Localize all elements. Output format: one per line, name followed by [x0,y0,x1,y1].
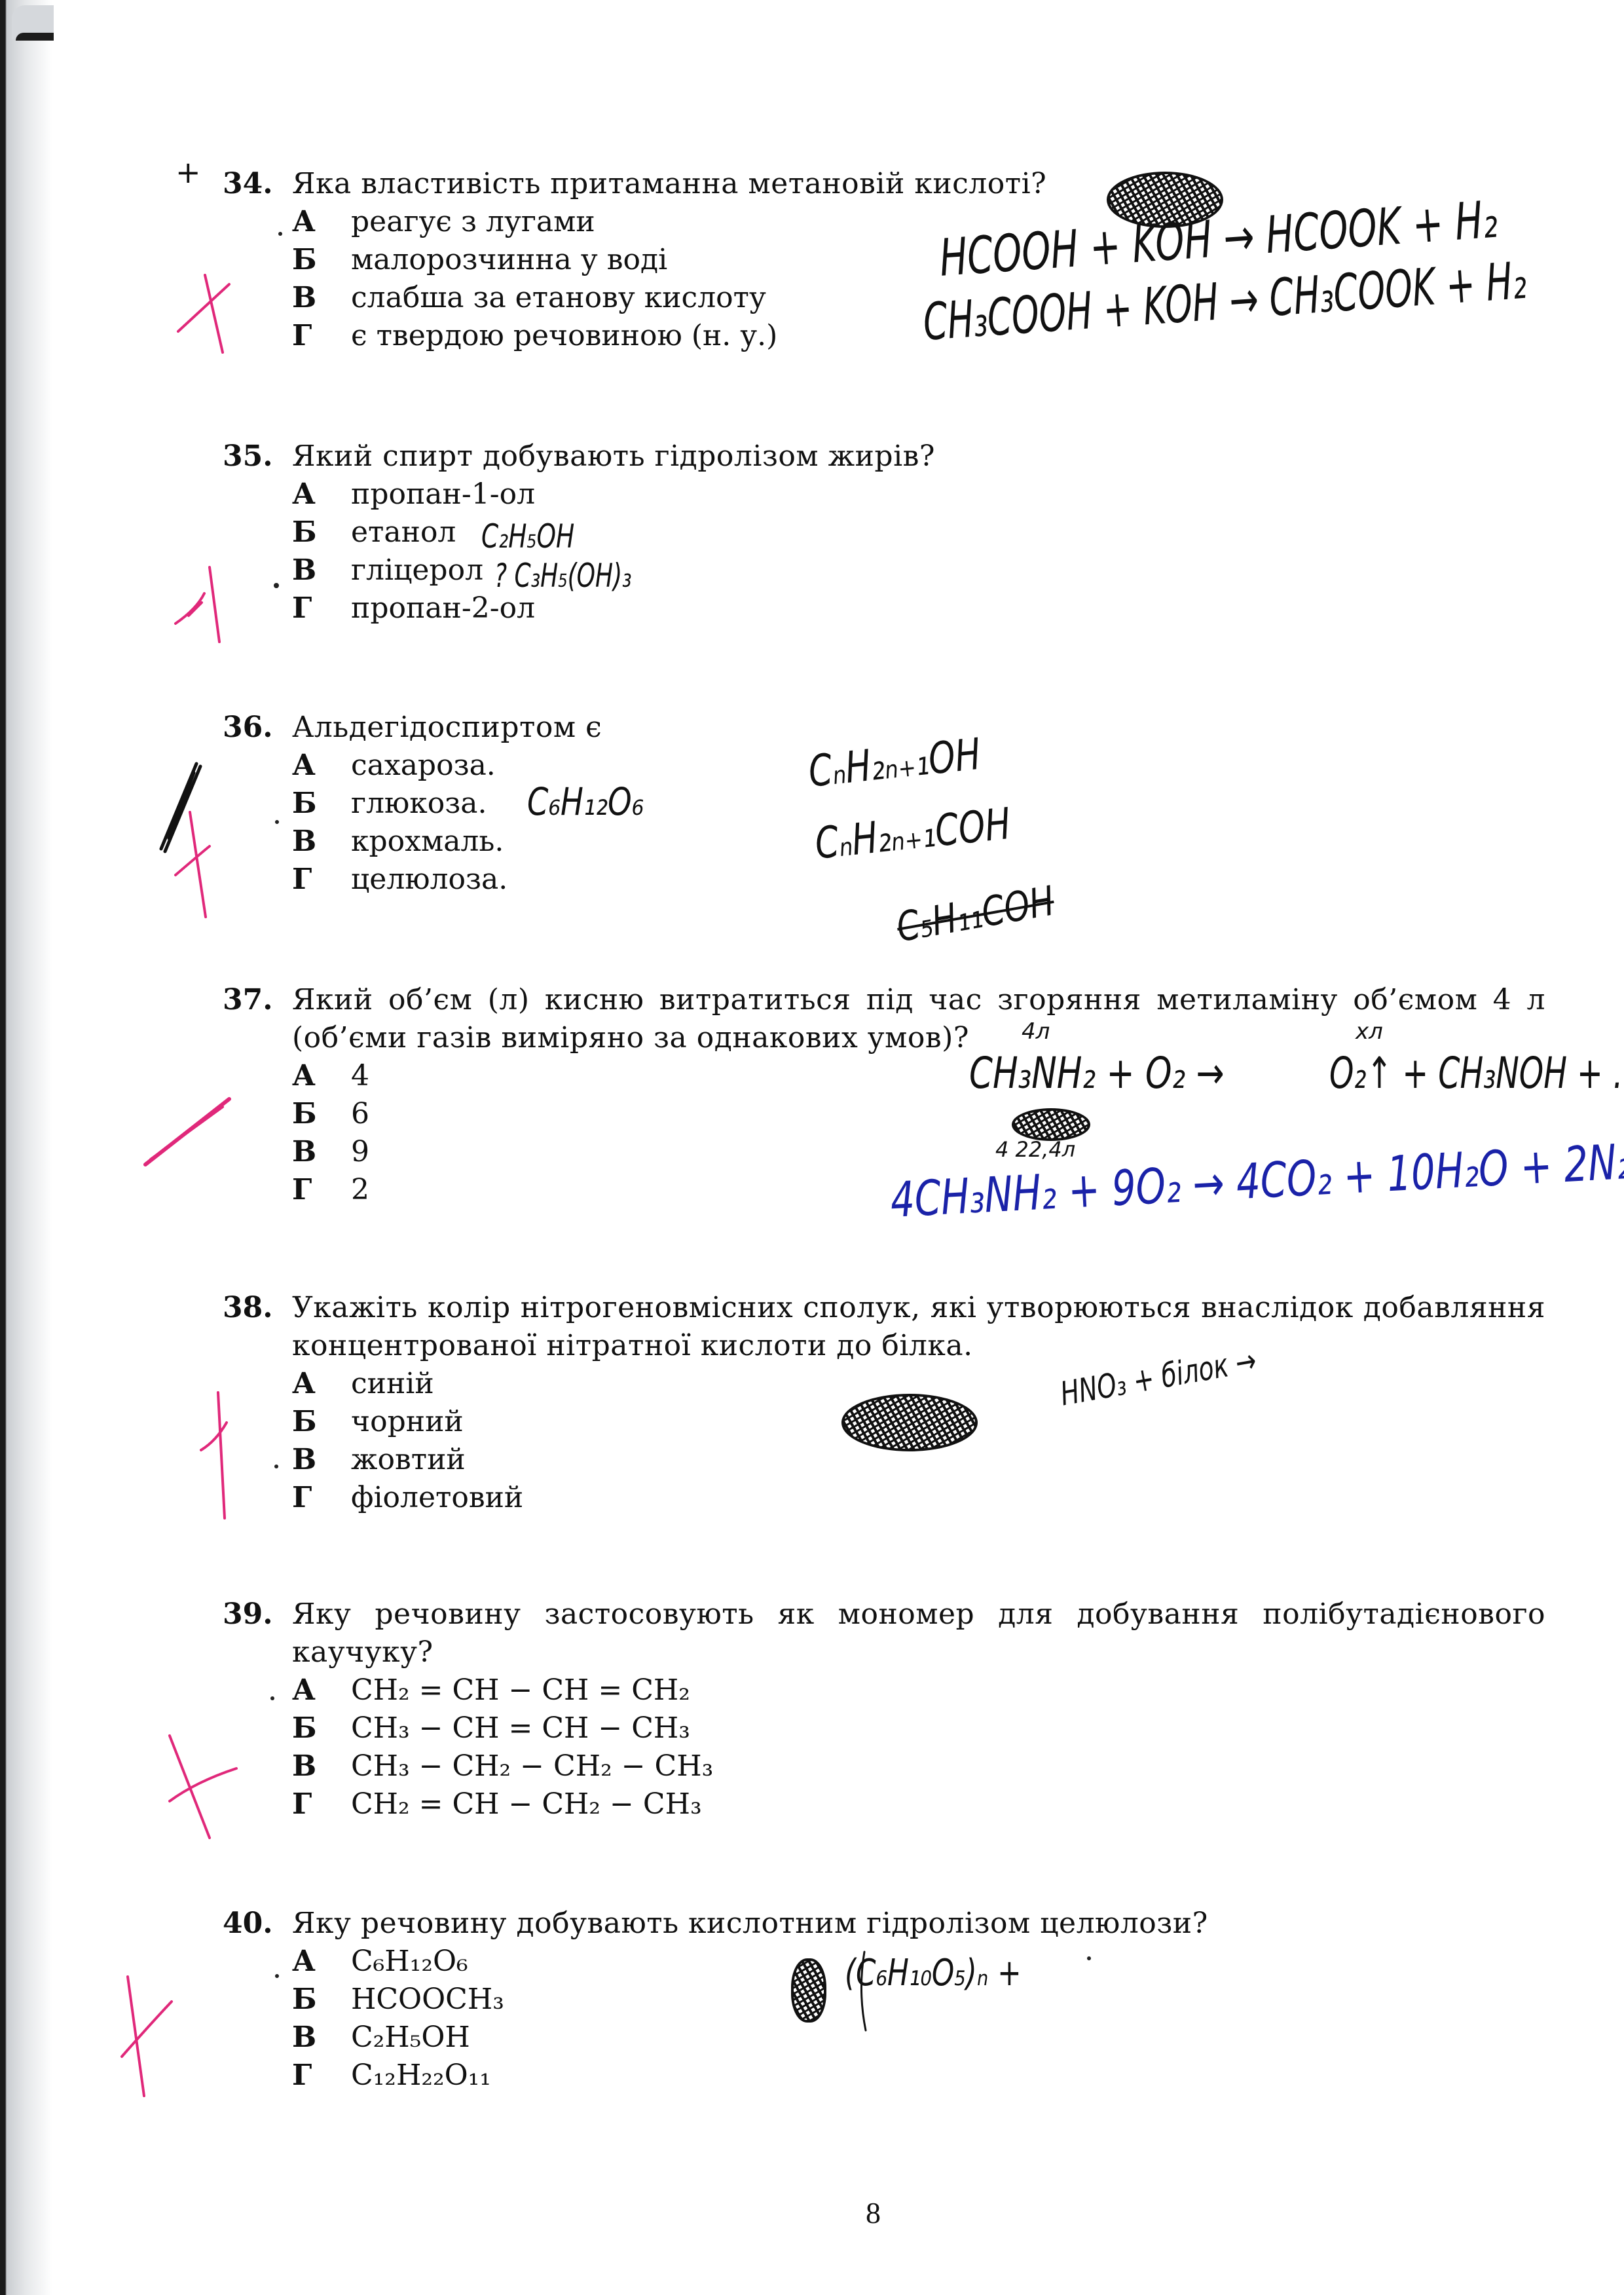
option-v[interactable]: ВCH₃ − CH₂ − CH₂ − CH₃ [292,1747,1545,1785]
question-number: 39. [223,1595,292,1633]
option-letter: Г [292,861,351,899]
option-letter: Г [292,589,351,627]
question-number: 37. [223,981,292,1019]
option-text: HCOOCH₃ [351,1981,504,2019]
option-text: чорний [351,1403,464,1441]
question-number: 34. [223,165,292,203]
black-slash-mark-q36 [161,764,200,851]
option-a[interactable]: Апропан-1-ол [292,476,1545,513]
red-cross-mark-q36 [175,812,210,917]
option-text: малорозчинна у воді [351,241,667,279]
option-text: C₂H₅OH [351,2019,470,2057]
scan-edge-tab [16,33,54,41]
option-letter: А [292,1057,351,1095]
option-a[interactable]: АCH₂ = CH − CH = CH₂ [292,1671,1545,1709]
margin-plus-mark: + [175,155,201,190]
option-text: CH₃ − CH₂ − CH₂ − CH₃ [351,1747,713,1785]
option-letter: Г [292,2057,351,2095]
question-number: 36. [223,709,292,747]
option-letter: Б [292,1403,351,1441]
question-34: 34. Яка властивість притаманна метановій… [223,165,1545,355]
option-letter: В [292,1441,351,1479]
question-36: 36. Альдегідоспиртом є Асахароза. Бглюко… [223,709,1545,899]
question-text: Укажіть колір нітрогеновмісних сполук, я… [292,1289,1545,1365]
option-letter: Г [292,1479,351,1517]
option-letter: А [292,203,351,241]
handwritten-annotation-molar-volume: 4 22,4л [995,1137,1075,1162]
option-g[interactable]: Гпропан-2-ол [292,589,1545,627]
option-b[interactable]: БCH₃ − CH = CH − CH₃ [292,1709,1545,1747]
option-text: 2 [351,1171,369,1209]
option-text: C₁₂H₂₂O₁₁ [351,2057,491,2095]
option-letter: Г [292,1171,351,1209]
question-35: 35. Який спирт добувають гідролізом жирі… [223,438,1545,627]
answer-options: Апропан-1-ол Бетанол Вгліцерол Гпропан-2… [292,476,1545,627]
option-letter: Б [292,1981,351,2019]
option-text: 4 [351,1057,369,1095]
option-v[interactable]: Вгліцерол [292,551,1545,589]
option-letter: А [292,747,351,785]
option-text: 9 [351,1133,369,1171]
option-text: жовтий [351,1441,466,1479]
handwritten-formula-glycerol: ? C₃H₅(OH)₃ [494,557,632,595]
question-number: 40. [223,1905,292,1943]
option-letter: В [292,1747,351,1785]
option-letter: А [292,1671,351,1709]
option-text: сахароза. [351,747,496,785]
option-letter: Б [292,241,351,279]
option-b[interactable]: Бетанол [292,513,1545,551]
question-text: Який спирт добувають гідролізом жирів? [292,438,1545,476]
option-letter: В [292,2019,351,2057]
handwritten-cellulose-formula: (C₆H₁₀O₅)ₙ + [845,1952,1022,1994]
scan-edge [0,0,54,2295]
red-cross-mark-q40 [122,1977,172,2096]
option-text: пропан-2-ол [351,589,535,627]
option-text: C₆H₁₂O₆ [351,1943,468,1981]
question-text: Яку речовину застосовують як мономер для… [292,1595,1545,1671]
option-text: пропан-1-ол [351,476,535,513]
red-cross-mark-q35 [175,567,219,642]
option-letter: А [292,1943,351,1981]
option-text: гліцерол [351,551,483,589]
handwritten-formula-ethanol: C₂H₅OH [481,517,574,555]
option-letter: А [292,1365,351,1403]
option-text: слабша за етанову кислоту [351,279,766,317]
option-letter: Г [292,1785,351,1823]
option-g[interactable]: Гцелюлоза. [292,861,1545,899]
option-letter: В [292,279,351,317]
question-number: 38. [223,1289,292,1327]
option-letter: В [292,823,351,861]
option-letter: А [292,476,351,513]
option-g[interactable]: ГCH₂ = CH − CH₂ − CH₃ [292,1785,1545,1823]
handwritten-formula-glucose: C₆H₁₂O₆ [527,779,644,824]
answer-options: АCH₂ = CH − CH = CH₂ БCH₃ − CH = CH − CH… [292,1671,1545,1823]
page-number: 8 [866,2195,881,2230]
option-text: CH₃ − CH = CH − CH₃ [351,1709,690,1747]
option-text: реагує з лугами [351,203,595,241]
handwritten-annotation-4l: 4л [1022,1018,1050,1045]
red-cross-mark-q34 [178,275,229,352]
option-letter: Б [292,1709,351,1747]
scribbled-out-mark [841,1394,978,1451]
option-v[interactable]: ВC₂H₅OH [292,2019,1545,2057]
option-letter: Г [292,317,351,355]
red-slash-mark-q37 [145,1099,229,1165]
scribbled-out-mark [1012,1108,1090,1141]
option-letter: Б [292,513,351,551]
option-text: CH₂ = CH − CH = CH₂ [351,1671,690,1709]
option-letter: В [292,551,351,589]
question-39: 39. Яку речовину застосовують як мономер… [223,1595,1545,1823]
option-text: целюлоза. [351,861,507,899]
option-g[interactable]: Гє твердою речовиною (н. у.) [292,317,1545,355]
option-text: синій [351,1365,434,1403]
handwritten-reaction-left: CH₃NH₂ + O₂ → [969,1048,1225,1098]
option-text: крохмаль. [351,823,504,861]
question-text: Яку речовину добувають кислотним гідролі… [292,1905,1545,1943]
option-text: глюкоза. [351,785,487,823]
option-g[interactable]: Гфіолетовий [292,1479,1545,1517]
option-g[interactable]: ГC₁₂H₂₂O₁₁ [292,2057,1545,2095]
handwritten-annotation-xl: xл [1356,1018,1383,1045]
option-text: CH₂ = CH − CH₂ − CH₃ [351,1785,702,1823]
question-text: Яка властивість притаманна метановій кис… [292,165,1545,203]
option-text: є твердою речовиною (н. у.) [351,317,777,355]
option-letter: Б [292,785,351,823]
question-40: 40. Яку речовину добувають кислотним гід… [223,1905,1545,2095]
option-text: етанол [351,513,456,551]
scribbled-out-mark [791,1958,826,2023]
option-b[interactable]: Б6 [292,1095,1545,1133]
option-text: фіолетовий [351,1479,523,1517]
handwritten-reaction-right: O₂↑ + CH₃NOH + … [1329,1048,1624,1098]
question-number: 35. [223,438,292,476]
option-text: 6 [351,1095,369,1133]
option-letter: В [292,1133,351,1171]
option-letter: Б [292,1095,351,1133]
